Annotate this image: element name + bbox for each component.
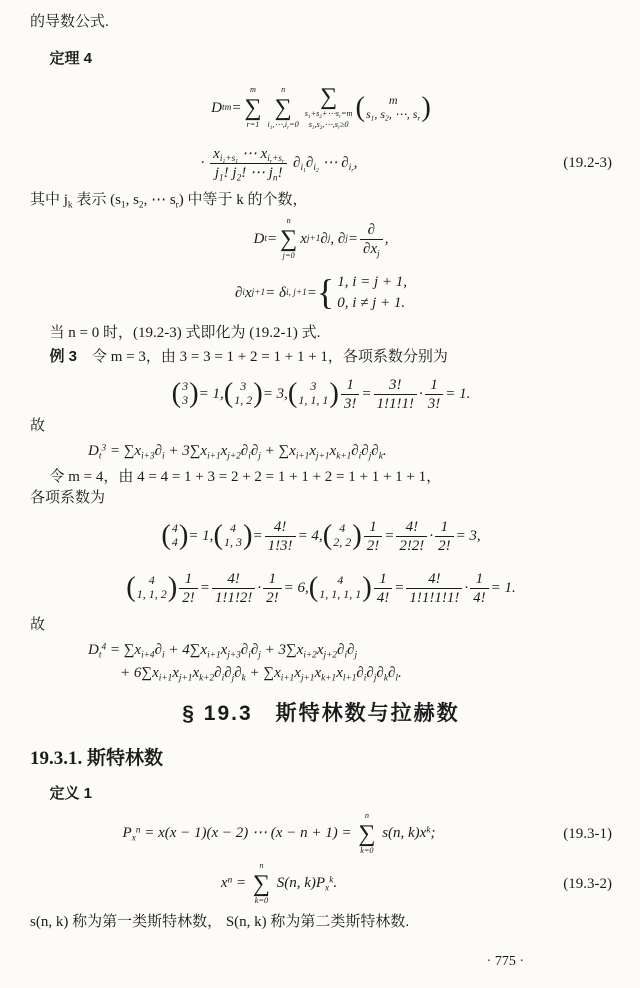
page-number: · 775 · — [30, 951, 612, 972]
m4-setup-line: 令 m = 4，由 4 = 4 = 1 + 3 = 2 + 2 = 1 + 1 … — [30, 467, 612, 488]
equation-Dt4-line1: Dt4 = ∑xi+4∂i + 4∑xi+1xj+3∂i∂j + 3∑xi+2x… — [30, 640, 612, 661]
equation-19-2-3-line1: Dtm = m∑r=1 n∑i1,⋯,ir=0 ∑s1+s2+⋯sr=m s1,… — [30, 77, 612, 139]
section-19-3-title: § 19.3 斯特林数与拉赫数 — [30, 700, 612, 728]
example3-text: 令 m = 3，由 3 = 3 = 1 + 2 = 1 + 1 + 1，各项系数… — [77, 349, 448, 365]
equation-19-3-2: xn = n∑k=0 S(n, k)Pxk. — [30, 861, 528, 906]
equation-coefficients-m4-line1: (44) = 1, (41, 3) = 4!1!3! = 4, (42, 2)1… — [30, 513, 612, 559]
equation-Dt3: Dt3 = ∑xi+3∂i + 3∑xi+1xj+2∂i∂j + ∑xi+1xj… — [30, 441, 612, 462]
equation-19-3-1-row: Pxn = x(x − 1)(x − 2) ⋯ (x − n + 1) = n∑… — [30, 810, 612, 858]
equation-Dt-definition: Dt = n∑j=0 xj+1∂j, ∂j = ∂∂xj, — [30, 215, 612, 263]
theorem-label: 定理 4 — [30, 48, 612, 69]
closing-definition-text: s(n, k) 称为第一类斯特林数， S(n, k) 称为第二类斯特林数. — [30, 912, 612, 933]
subsection-19-3-1-title: 19.3.1. 斯特林数 — [30, 746, 612, 771]
equation-number-19-3-2: (19.3-2) — [528, 874, 612, 895]
example3-label: 例 3 — [50, 348, 78, 365]
equation-19-3-2-row: xn = n∑k=0 S(n, k)Pxk. (19.3-2) — [30, 860, 612, 908]
remark-n0: 当 n = 0 时，(19.2-3) 式即化为 (19.2-1) 式. — [30, 323, 612, 344]
equation-19-2-3-line2-row: · xi1+s1 ⋯ xir+srj1! j2! ⋯ jn! ∂i1∂i2 ⋯ … — [30, 145, 612, 182]
equation-19-2-3-line2: · xi1+s1 ⋯ xir+srj1! j2! ⋯ jn! ∂i1∂i2 ⋯ … — [30, 145, 528, 182]
equation-Dt4-line2: + 6∑xi+1xj+1xk+2∂i∂j∂k + ∑xi+1xj+1xk+1xl… — [30, 663, 612, 684]
hence-label-2: 故 — [30, 615, 612, 636]
equation-coefficients-m3: (33) = 1, (31, 2) = 3, (31, 1, 1)13! = 3… — [30, 372, 612, 416]
book-page: 的导数公式. 定理 4 Dtm = m∑r=1 n∑i1,⋯,ir=0 ∑s1+… — [0, 0, 640, 988]
example3-paragraph: 例 3 令 m = 3，由 3 = 3 = 1 + 2 = 1 + 1 + 1，… — [30, 346, 612, 368]
equation-number-19-2-3: (19.2-3) — [528, 153, 612, 174]
intro-text: 的导数公式. — [30, 12, 612, 33]
equation-delta-cases: ∂ixj+1 = δi, j+1 = {1, i = j + 1,0, i ≠ … — [30, 267, 612, 319]
where-clause: 其中 jk 表示 (s1, s2, ⋯ sr) 中等于 k 的个数， — [30, 190, 612, 211]
hence-label-1: 故 — [30, 416, 612, 437]
definition1-label: 定义 1 — [30, 783, 612, 804]
equation-number-19-3-1: (19.3-1) — [528, 824, 612, 845]
equation-19-3-1: Pxn = x(x − 1)(x − 2) ⋯ (x − n + 1) = n∑… — [30, 811, 528, 856]
m4-coeff-intro: 各项系数为 — [30, 488, 612, 509]
equation-coefficients-m4-line2: (41, 1, 2)12! = 4!1!1!2! · 12! = 6, (41,… — [30, 565, 612, 611]
